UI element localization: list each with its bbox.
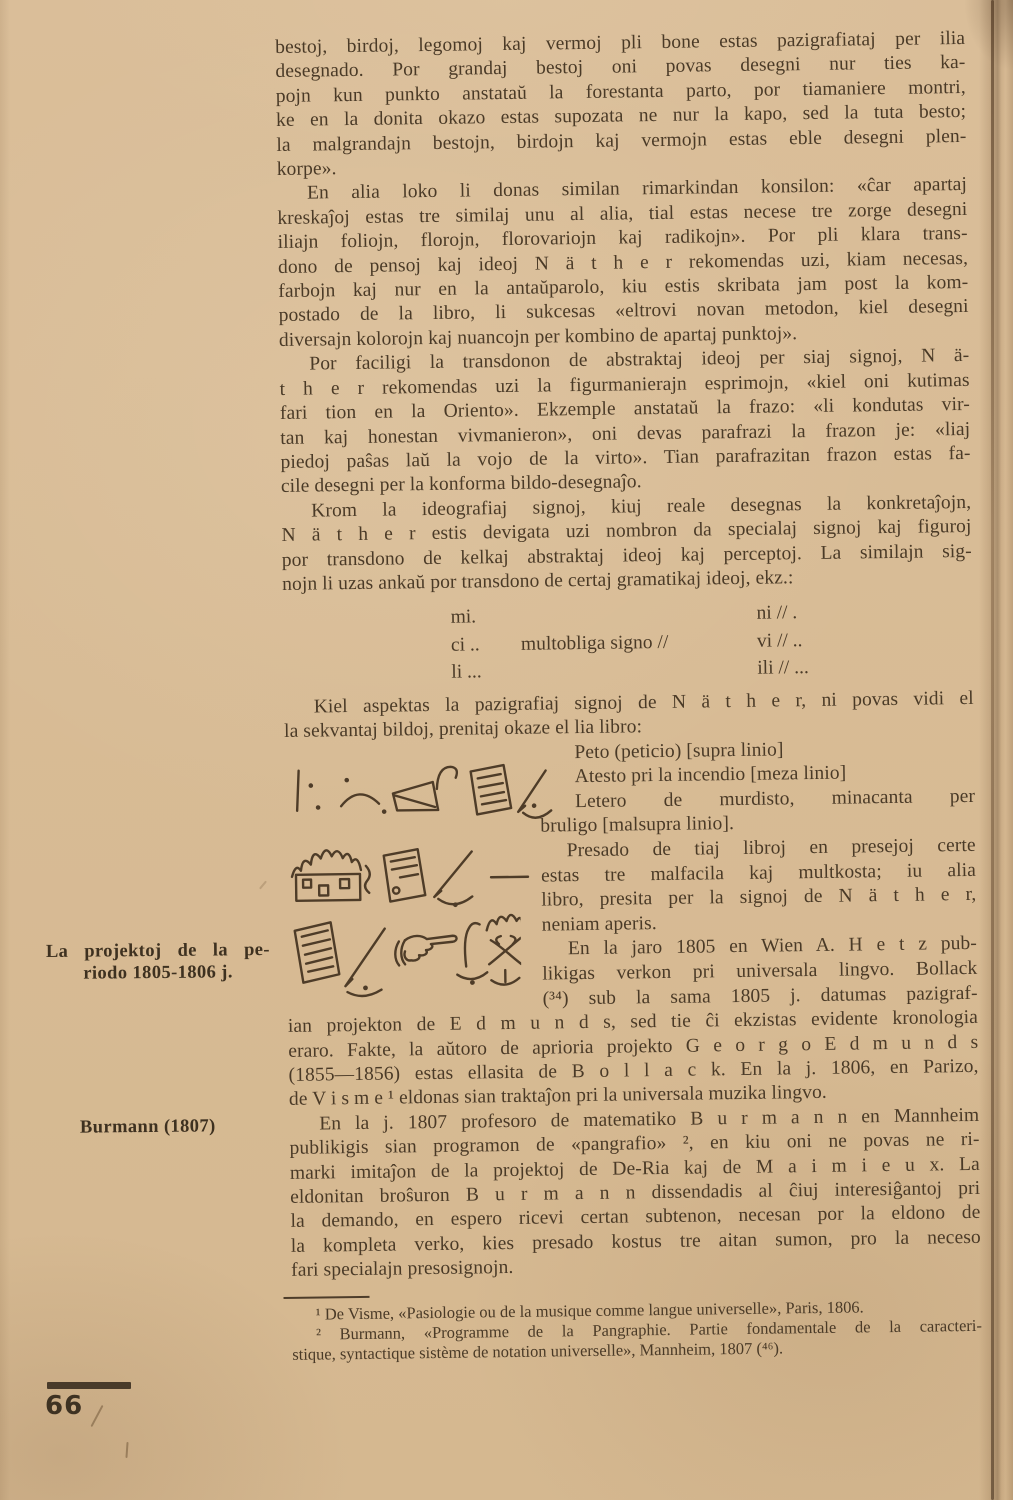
letter-sheet-symbol [384, 849, 426, 902]
pen-and-arc-symbol [434, 851, 473, 907]
pen-and-arc-symbol [345, 928, 386, 996]
stroke-and-dots-symbol [297, 770, 321, 810]
pen-and-arc-symbol [518, 770, 552, 817]
page-number: 66 [45, 1391, 83, 1421]
paper-fiber-mark [125, 1442, 128, 1458]
text-column: bestoj, birdoj, legomoj kaj vermoj pli b… [275, 27, 982, 1366]
scanned-book-page: { "page": { "number": "66" }, "colors": … [0, 0, 1013, 1500]
pronoun-sign-table: mi.ni // . ci ..multobliga signo //vi //… [282, 597, 973, 689]
paper-fiber-mark [90, 1405, 103, 1427]
page-number-bar [47, 1382, 131, 1389]
pasigraphy-symbol-row-3 [280, 906, 521, 1007]
burning-house-symbol [292, 849, 370, 900]
table-cell: li ... [451, 658, 521, 686]
table-cell [521, 674, 757, 677]
table-cell: ci .. [451, 631, 521, 659]
table-cell: vi // .. [757, 627, 803, 655]
left-page-edge-shadow [0, 0, 10, 1500]
margin-note-burmann: Burmann (1807) [80, 1116, 216, 1139]
table-cell [521, 619, 757, 622]
margin-note-line: riodo 1805-1806 j. [46, 962, 270, 985]
table-cell: ili // ... [757, 654, 809, 682]
table-cell: multobliga signo // [521, 628, 757, 659]
arc-and-dots-symbol [341, 777, 387, 814]
paper-fiber-mark [259, 881, 267, 890]
figure-zone: Peto (peticio) [supra linio] Atesto pri … [284, 736, 977, 1016]
pasigraphy-symbol-row-2 [287, 831, 534, 912]
hook-and-arc-symbol [457, 923, 488, 985]
letter-sheet-symbol [295, 922, 340, 983]
margin-note-projects-period: La projektoj de la pe- riodo 1805-1806 j… [46, 940, 270, 985]
letter-sheet-symbol [471, 765, 512, 815]
margin-note-line: La projektoj de la pe- [46, 940, 270, 963]
footnote-rule [284, 1296, 370, 1299]
table-cell: mi. [450, 603, 520, 631]
page-binding-shadow [979, 0, 1013, 1500]
pasigraphy-symbol-row-1 [286, 755, 555, 823]
pointing-hand-symbol [395, 935, 457, 965]
table-cell: ni // . [756, 600, 797, 628]
horn-hook-symbol [393, 766, 458, 810]
flame-bow-symbol [487, 914, 522, 984]
binding-crease [991, 0, 994, 1500]
